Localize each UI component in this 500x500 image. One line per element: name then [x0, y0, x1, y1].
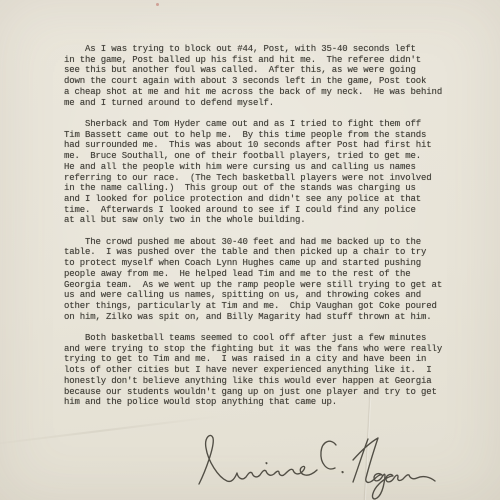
paper-crease-diagonal	[0, 415, 219, 446]
letter-body: As I was trying to block out #44, Post, …	[64, 44, 464, 419]
paragraph-4: Both basketball teams seemed to cool off…	[64, 333, 464, 408]
paper-speck	[156, 3, 159, 6]
paragraph-1: As I was trying to block out #44, Post, …	[64, 44, 464, 108]
paragraph-2: Sherback and Tom Hyder came out and as I…	[64, 119, 464, 226]
signature-ink-icon	[193, 430, 439, 500]
typewritten-letter-page: As I was trying to block out #44, Post, …	[0, 0, 500, 500]
handwritten-signature	[193, 430, 439, 500]
paragraph-3: The crowd pushed me about 30-40 feet and…	[64, 237, 464, 323]
